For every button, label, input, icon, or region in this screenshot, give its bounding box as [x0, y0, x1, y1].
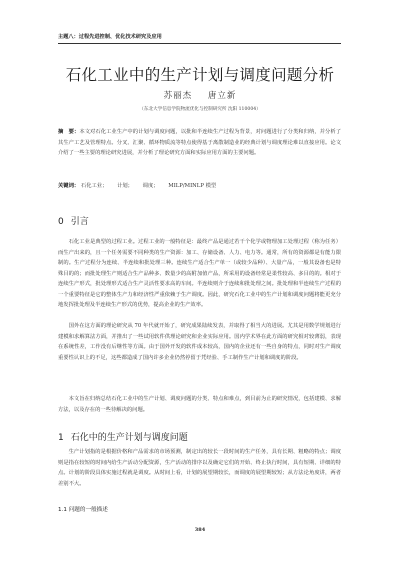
- section-number: 0: [58, 217, 64, 227]
- subsection-heading: 1.1 问题的一般描述: [58, 505, 108, 513]
- subsection-number: 1.1: [58, 507, 67, 513]
- section-heading: 0引言: [58, 214, 89, 227]
- running-header: 主题八：过程先进控制、优化技术研究及应用: [58, 33, 341, 44]
- keyword: 计划；: [117, 183, 133, 189]
- subsection-title: 问题的一般描述: [69, 507, 108, 513]
- abstract-label: 摘 要：: [58, 129, 79, 135]
- keywords: 关键词： 石化工业； 计划； 调度； MILP/MINLP 模型: [58, 181, 341, 189]
- section-heading: 1石化中的生产计划与调度问题: [58, 430, 188, 443]
- section-number: 1: [58, 433, 64, 443]
- paragraph: 生产计划指的是根据价格和产品需求的市场预测，制定出的较长一段时间的生产任务，具有…: [58, 447, 341, 489]
- keyword: 石化工业；: [81, 183, 108, 189]
- paper-title: 石化工业中的生产计划与调度问题分析: [0, 63, 400, 85]
- keyword: 调度；: [143, 183, 159, 189]
- abstract: 摘 要：本文对石化工业生产中的计划与调度问题，以批和半连续生产过程为背景，对问题…: [58, 127, 341, 159]
- keywords-label: 关键词：: [58, 183, 79, 189]
- page-number: 384: [0, 527, 400, 533]
- paragraph: 石化工业是典型的过程工业。过程工业的一般特征是：最终产品是通过若干个化学或物理加…: [58, 237, 341, 311]
- paragraph: 国外在这方面的理论研究从 70 年代就开始了，研究成果陆续发表，并取得了相当大的…: [58, 321, 341, 363]
- author-name: 苏丽杰: [164, 91, 193, 101]
- author-list: 苏丽杰 唐立新: [0, 89, 400, 101]
- keyword: MILP/MINLP 模型: [168, 183, 216, 189]
- abstract-text: 本文对石化工业生产中的计划与调度问题，以批和半连续生产过程为背景，对问题进行了分…: [58, 129, 341, 156]
- paragraph: 本文旨在归纳总结石化工业中的生产计划、调度问题的分类、特点和难点，到目前为止的研…: [58, 394, 341, 415]
- section-title: 引言: [71, 217, 89, 227]
- section-title: 石化中的生产计划与调度问题: [71, 433, 188, 443]
- author-name: 唐立新: [208, 91, 237, 101]
- affiliation: （东北大学信息学院物流优化与控制研究所 沈阳 110004）: [0, 106, 400, 112]
